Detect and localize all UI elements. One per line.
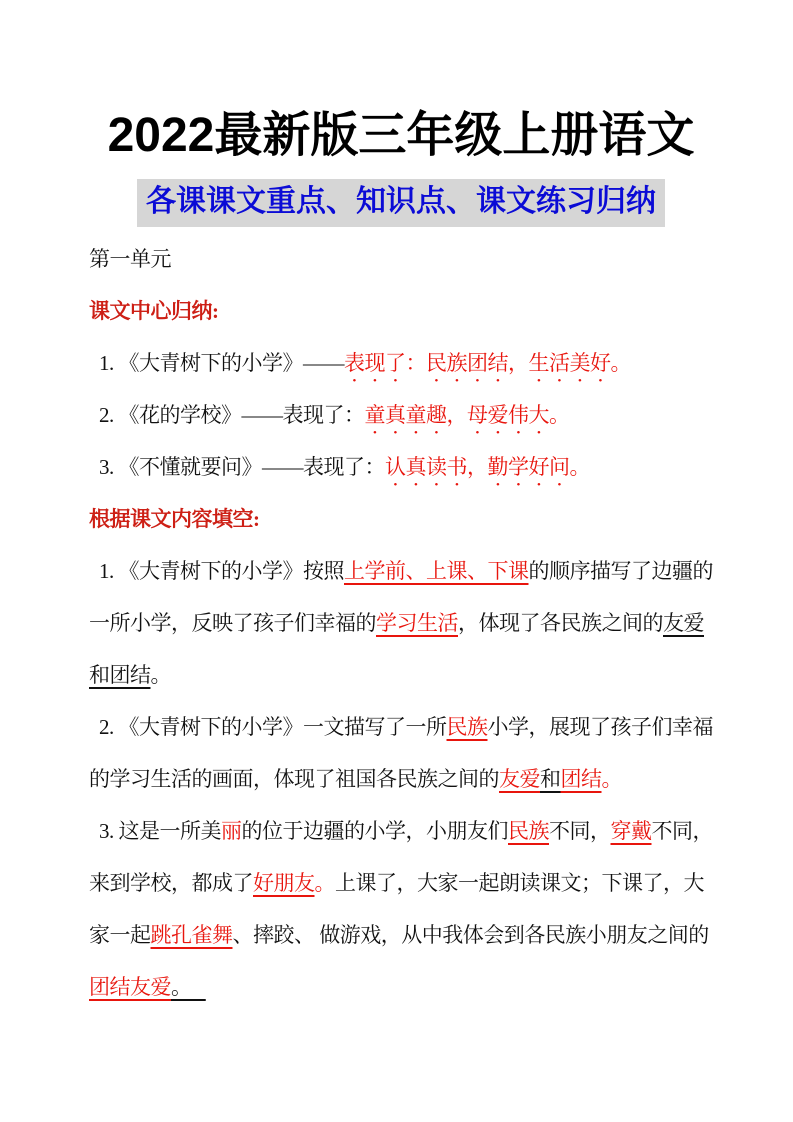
text-segment: 的顺序描写了边疆的	[529, 559, 714, 583]
unit-heading: 第一单元	[89, 233, 713, 285]
text-segment: 2. 《大青树下的小学》一文描写了一所	[99, 715, 447, 739]
text-line: 1. 《大青树下的小学》按照上学前、上课、下课的顺序描写了边疆的	[89, 545, 713, 597]
text-segment: 3. 这是一所美	[99, 819, 221, 843]
document-page: 2022最新版三年级上册语文 各课课文重点、知识点、课文练习归纳 第一单元 课文…	[0, 0, 793, 1122]
fill-section-heading: 根据课文内容填空:	[89, 493, 713, 545]
text-segment: 。	[171, 975, 192, 999]
text-segment: ，体现了各民族之间的	[458, 611, 663, 635]
text-segment: 不同，	[549, 819, 611, 843]
text-segment: 穿戴	[611, 819, 652, 843]
text-line: 一所小学，反映了孩子们幸福的学习生活，体现了各民族之间的友爱	[89, 597, 713, 649]
text-segment: 1. 《大青树下的小学》按照	[99, 559, 344, 583]
text-line: 和团结。	[89, 649, 713, 701]
fill-paragraph-1: 1. 《大青树下的小学》按照上学前、上课、下课的顺序描写了边疆的一所小学，反映了…	[89, 545, 713, 701]
text-segment: 和团结	[89, 663, 151, 687]
text-segment: 、摔跤、 做游戏，从中我体会到各民族小朋友之间的	[233, 923, 709, 947]
text-line: 2. 《花的学校》——表现了：童真童趣，母爱伟大。	[89, 389, 713, 441]
fill-paragraph-2: 2. 《大青树下的小学》一文描写了一所民族小学，展现了孩子们幸福的学习生活的画面…	[89, 701, 713, 805]
text-segment: 。	[315, 871, 336, 895]
text-segment: 的位于边疆的小学，小朋友们	[242, 819, 509, 843]
text-line: 团结友爱。	[89, 961, 713, 1013]
text-segment: 民族	[447, 715, 488, 739]
text-segment: 来到学校，都成了	[89, 871, 253, 895]
text-segment: 1. 《大青树下的小学》——	[99, 351, 344, 375]
text-segment: 团结	[561, 767, 602, 791]
text-segment: 。	[602, 767, 623, 791]
text-segment: 小学，展现了孩子们幸福	[488, 715, 714, 739]
text-segment: 童真童趣，母爱伟大。	[365, 403, 570, 427]
text-segment: 2. 《花的学校》——表现了：	[99, 403, 365, 427]
summary-item-2: 2. 《花的学校》——表现了：童真童趣，母爱伟大。	[89, 389, 713, 441]
summary-item-1: 1. 《大青树下的小学》——表现了：民族团结，生活美好。	[89, 337, 713, 389]
text-segment: 学习生活	[376, 611, 458, 635]
text-segment: 的学习生活的画面，体现了祖国各民族之间的	[89, 767, 499, 791]
text-segment: 跳孔雀舞	[151, 923, 233, 947]
text-line: 3. 这是一所美丽的位于边疆的小学，小朋友们民族不同，穿戴不同，	[89, 805, 713, 857]
text-segment: 上课了，大家一起朗读课文；下课了，大	[335, 871, 704, 895]
text-segment: 家一起	[89, 923, 151, 947]
text-line: 的学习生活的画面，体现了祖国各民族之间的友爱和团结。	[89, 753, 713, 805]
summary-item-3: 3. 《不懂就要问》——表现了：认真读书，勤学好问。	[89, 441, 713, 493]
text-line: 3. 《不懂就要问》——表现了：认真读书，勤学好问。	[89, 441, 713, 493]
text-segment: 不同，	[652, 819, 714, 843]
document-title: 2022最新版三年级上册语文	[89, 104, 713, 169]
fill-paragraph-3: 3. 这是一所美丽的位于边疆的小学，小朋友们民族不同，穿戴不同，来到学校，都成了…	[89, 805, 713, 1013]
subtitle-row: 各课课文重点、知识点、课文练习归纳	[89, 179, 713, 227]
text-segment: 3. 《不懂就要问》——表现了：	[99, 455, 385, 479]
text-segment: 好朋友	[253, 871, 315, 895]
text-segment: 认真读书，勤学好问。	[385, 455, 590, 479]
text-segment: 。	[151, 663, 172, 687]
subtitle-highlight: 各课课文重点、知识点、课文练习归纳	[137, 179, 665, 227]
text-segment: 民族	[508, 819, 549, 843]
text-segment: 丽	[221, 819, 242, 843]
text-segment: 团结友爱	[89, 975, 171, 999]
text-segment	[192, 975, 206, 999]
text-segment: 上学前、上课、下课	[344, 559, 529, 583]
document-body: 第一单元 课文中心归纳: 1. 《大青树下的小学》——表现了：民族团结，生活美好…	[89, 233, 713, 1013]
text-segment: 一所小学，反映了孩子们幸福的	[89, 611, 376, 635]
text-line: 家一起跳孔雀舞、摔跤、 做游戏，从中我体会到各民族小朋友之间的	[89, 909, 713, 961]
text-line: 来到学校，都成了好朋友。上课了，大家一起朗读课文；下课了，大	[89, 857, 713, 909]
text-segment: 友爱	[499, 767, 540, 791]
summary-section-heading: 课文中心归纳:	[89, 285, 713, 337]
text-segment: 表现了：民族团结，生活美好。	[344, 351, 631, 375]
text-line: 2. 《大青树下的小学》一文描写了一所民族小学，展现了孩子们幸福	[89, 701, 713, 753]
text-segment: 和	[540, 767, 561, 791]
text-line: 1. 《大青树下的小学》——表现了：民族团结，生活美好。	[89, 337, 713, 389]
text-segment: 友爱	[663, 611, 704, 635]
